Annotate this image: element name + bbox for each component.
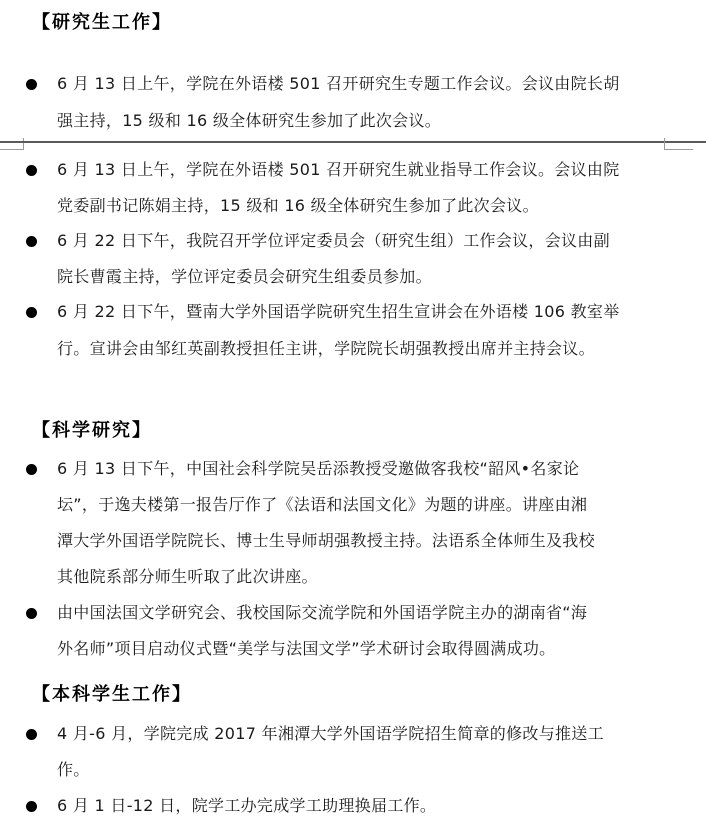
list-item-line: 由中国法国文学研究会、我校国际交流学院和外国语学院主办的湖南省“海 xyxy=(57,603,587,623)
list-item-line: 6 月 22 日下午，我院召开学位评定委员会（研究生组）工作会议，会议由副 xyxy=(57,231,610,251)
bullet-icon xyxy=(26,165,37,176)
list-item-line: 强主持，15 级和 16 级全体研究生参加了此次会议。 xyxy=(57,111,441,131)
list-item-line: 4 月-6 月，学院完成 2017 年湘潭大学外国语学院招生简章的修改与推送工 xyxy=(57,724,604,744)
section-heading-undergraduate-work: 【本科学生工作】 xyxy=(32,680,192,706)
page-corner-mark-right xyxy=(664,138,693,150)
document-page: 【研究生工作】 6 月 13 日上午，学院在外语楼 501 召开研究生专题工作会… xyxy=(0,0,706,819)
list-item-line: 6 月 22 日下午，暨南大学外国语学院研究生招生宣讲会在外语楼 106 教室举 xyxy=(57,302,620,322)
bullet-icon xyxy=(26,464,37,475)
list-item-line: 其他院系部分师生听取了此次讲座。 xyxy=(57,567,318,587)
bullet-icon xyxy=(26,79,37,90)
list-item-line: 潭大学外国语学院院长、博士生导师胡强教授主持。法语系全体师生及我校 xyxy=(57,531,595,551)
list-item-line: 6 月 1 日-12 日，院学工办完成学工助理换届工作。 xyxy=(57,796,436,816)
list-item-line: 党委副书记陈娟主持，15 级和 16 级全体研究生参加了此次会议。 xyxy=(57,196,539,216)
list-item-line: 院长曹霞主持，学位评定委员会研究生组委员参加。 xyxy=(57,267,432,287)
list-item-line: 6 月 13 日上午，学院在外语楼 501 召开研究生就业指导工作会议。会议由院 xyxy=(57,160,620,180)
bullet-icon xyxy=(26,729,37,740)
section-heading-scientific-research: 【科学研究】 xyxy=(32,416,152,442)
list-item-line: 外名师”项目启动仪式暨“美学与法国文学”学术研讨会取得圆满成功。 xyxy=(57,639,555,659)
list-item-line: 6 月 13 日上午，学院在外语楼 501 召开研究生专题工作会议。会议由院长胡 xyxy=(57,74,620,94)
bullet-icon xyxy=(26,801,37,812)
page-break-line xyxy=(0,141,706,143)
section-heading-graduate-work: 【研究生工作】 xyxy=(32,8,172,34)
bullet-icon xyxy=(26,307,37,318)
bullet-icon xyxy=(26,608,37,619)
page-corner-mark-left xyxy=(0,138,24,150)
list-item-line: 坛”，于逸夫楼第一报告厅作了《法语和法国文化》为题的讲座。讲座由湘 xyxy=(57,495,587,515)
list-item-line: 行。宣讲会由邹红英副教授担任主讲，学院院长胡强教授出席并主持会议。 xyxy=(57,339,595,359)
list-item-line: 作。 xyxy=(57,760,90,780)
bullet-icon xyxy=(26,236,37,247)
list-item-line: 6 月 13 日下午，中国社会科学院吴岳添教授受邀做客我校“韶风•名家论 xyxy=(57,459,579,479)
